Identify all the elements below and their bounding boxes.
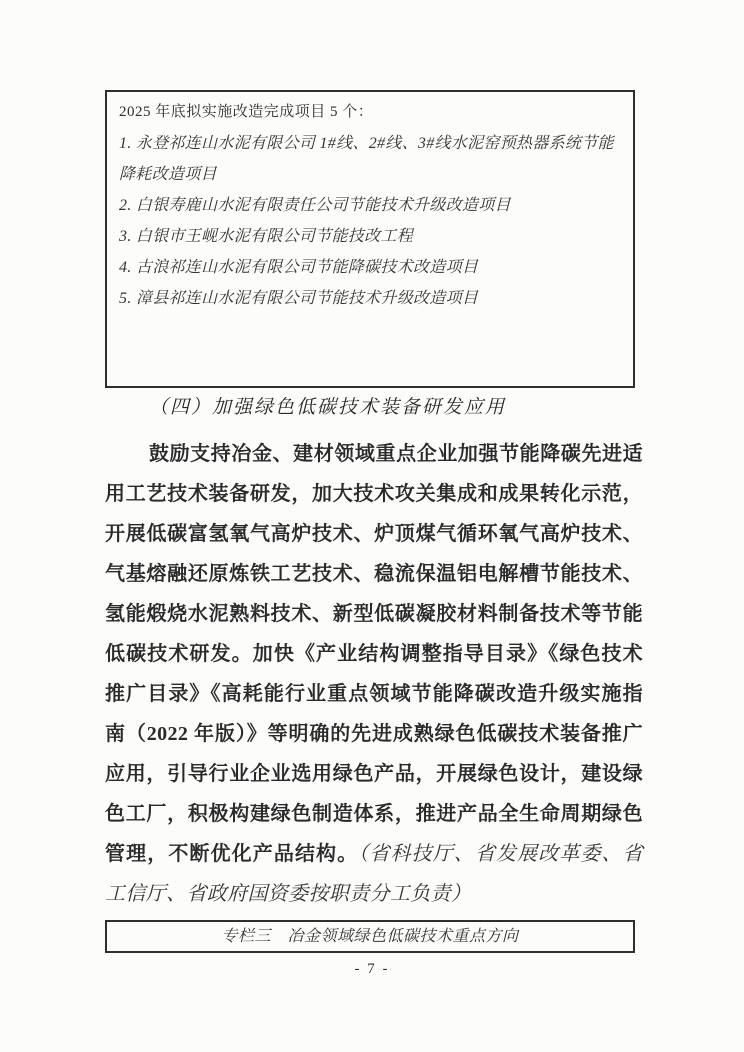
project-list-intro: 2025 年底拟实施改造完成项目 5 个： — [119, 97, 621, 128]
project-item-1: 1. 永登祁连山水泥有限公司 1#线、2#线、3#线水泥窑预热器系统节能降耗改造… — [119, 128, 621, 190]
body-paragraph: 鼓励支持冶金、建材领域重点企业加强节能降碳先进适用工艺技术装备研发，加大技术攻关… — [105, 434, 643, 914]
document-page: 2025 年底拟实施改造完成项目 5 个： 1. 永登祁连山水泥有限公司 1#线… — [0, 0, 744, 1052]
column-three-title: 专栏三 冶金领域绿色低碳技术重点方向 — [221, 922, 518, 951]
section-heading: （四）加强绿色低碳技术装备研发应用 — [105, 394, 635, 422]
project-list-box: 2025 年底拟实施改造完成项目 5 个： 1. 永登祁连山水泥有限公司 1#线… — [105, 90, 635, 388]
project-item-3: 3. 白银市王岘水泥有限公司节能技改工程 — [119, 221, 621, 252]
page-number: - 7 - — [0, 961, 744, 978]
project-item-5: 5. 漳县祁连山水泥有限公司节能技术升级改造项目 — [119, 283, 621, 314]
column-three-box: 专栏三 冶金领域绿色低碳技术重点方向 — [105, 920, 635, 953]
project-item-4: 4. 古浪祁连山水泥有限公司节能降碳技术改造项目 — [119, 252, 621, 283]
project-item-2: 2. 白银寿鹿山水泥有限责任公司节能技术升级改造项目 — [119, 190, 621, 221]
body-main-text: 鼓励支持冶金、建材领域重点企业加强节能降碳先进适用工艺技术装备研发，加大技术攻关… — [105, 443, 643, 865]
